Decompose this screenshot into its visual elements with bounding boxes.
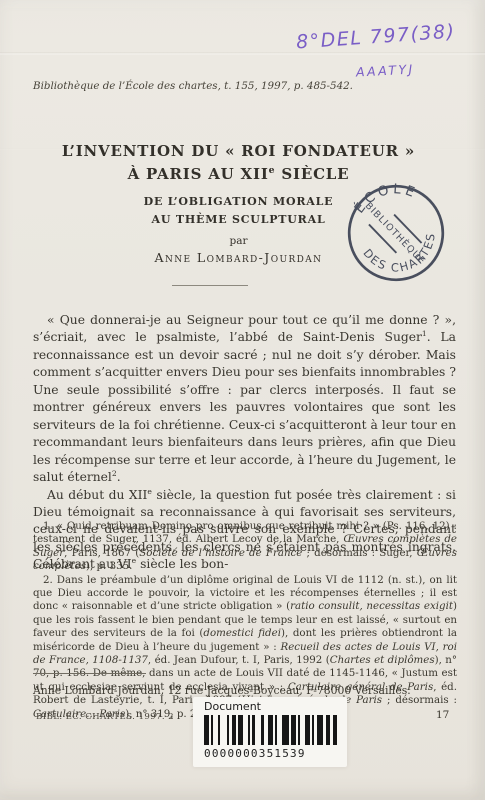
article-title: L’INVENTION DU « ROI FONDATEUR » À PARIS… xyxy=(0,140,477,186)
address-separator-rule xyxy=(33,673,146,674)
footnote-1: 1. « Quid retribuam Domino pro omnibus q… xyxy=(33,520,457,574)
barcode-label-text: Document xyxy=(193,697,347,715)
page-number: 17 xyxy=(436,709,449,721)
footer-imprint: BIBL. ÉC. CHARTES. 1997. 2 xyxy=(36,712,174,722)
article-title-line1: L’INVENTION DU « ROI FONDATEUR » xyxy=(0,140,477,163)
handwritten-code: AAATYJ xyxy=(356,61,415,79)
paper-crease-top xyxy=(0,52,485,55)
barcode-number: 0000000351539 xyxy=(193,745,347,760)
body-paragraph-1: « Que donnerai-je au Seigneur pour tout … xyxy=(33,312,456,487)
barcode-sticker: Document 0000000351539 xyxy=(193,697,347,767)
barcode-bars-icon xyxy=(204,715,337,745)
title-separator-rule xyxy=(172,285,248,286)
author-address: Anne Lombard-Jourdan, 12 rue Jacques-Boy… xyxy=(33,684,411,697)
journal-citation-line: Bibliothèque de l’École des chartes, t. … xyxy=(33,80,353,92)
handwritten-shelfmark: 8°DEL 797(38) xyxy=(295,20,456,53)
stamp-top-text: ÉCOLE xyxy=(346,181,423,219)
svg-text:ÉCOLE: ÉCOLE xyxy=(346,181,423,219)
library-stamp: ÉCOLE DES CHARTES BIBLIOTHÈQUE xyxy=(344,181,448,285)
scanned-document-page: 8°DEL 797(38) AAATYJ Bibliothèque de l’É… xyxy=(0,0,485,800)
